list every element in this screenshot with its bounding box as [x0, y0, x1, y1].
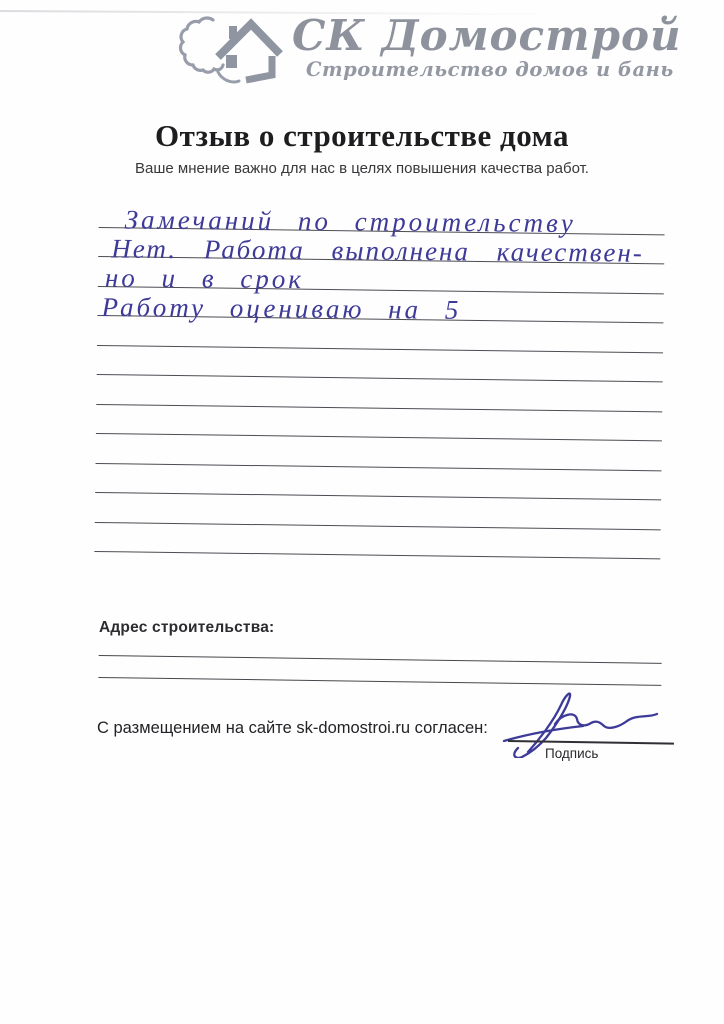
- consent-label: С размещением на сайте sk-domostroi.ru с…: [97, 719, 488, 738]
- cloud-house-icon: [176, 6, 284, 90]
- page-title: Отзыв о строительстве дома: [0, 116, 724, 156]
- logo-text: СК Домострой Строительство домов и бань: [292, 14, 682, 82]
- page-subtitle: Ваше мнение важно для нас в целях повыше…: [0, 159, 724, 179]
- signature-caption: Подпись: [545, 746, 598, 761]
- address-ruled-lines: [98, 634, 662, 686]
- ruled-line: [94, 522, 660, 559]
- company-logo: СК Домострой Строительство домов и бань: [176, 6, 682, 90]
- scanned-review-form: СК Домострой Строительство домов и бань …: [0, 0, 724, 1024]
- company-tagline: Строительство домов и бань: [306, 58, 682, 82]
- company-name: СК Домострой: [292, 14, 682, 58]
- review-writing-area: Замечаний по строительству Нет. Работа в…: [94, 198, 665, 559]
